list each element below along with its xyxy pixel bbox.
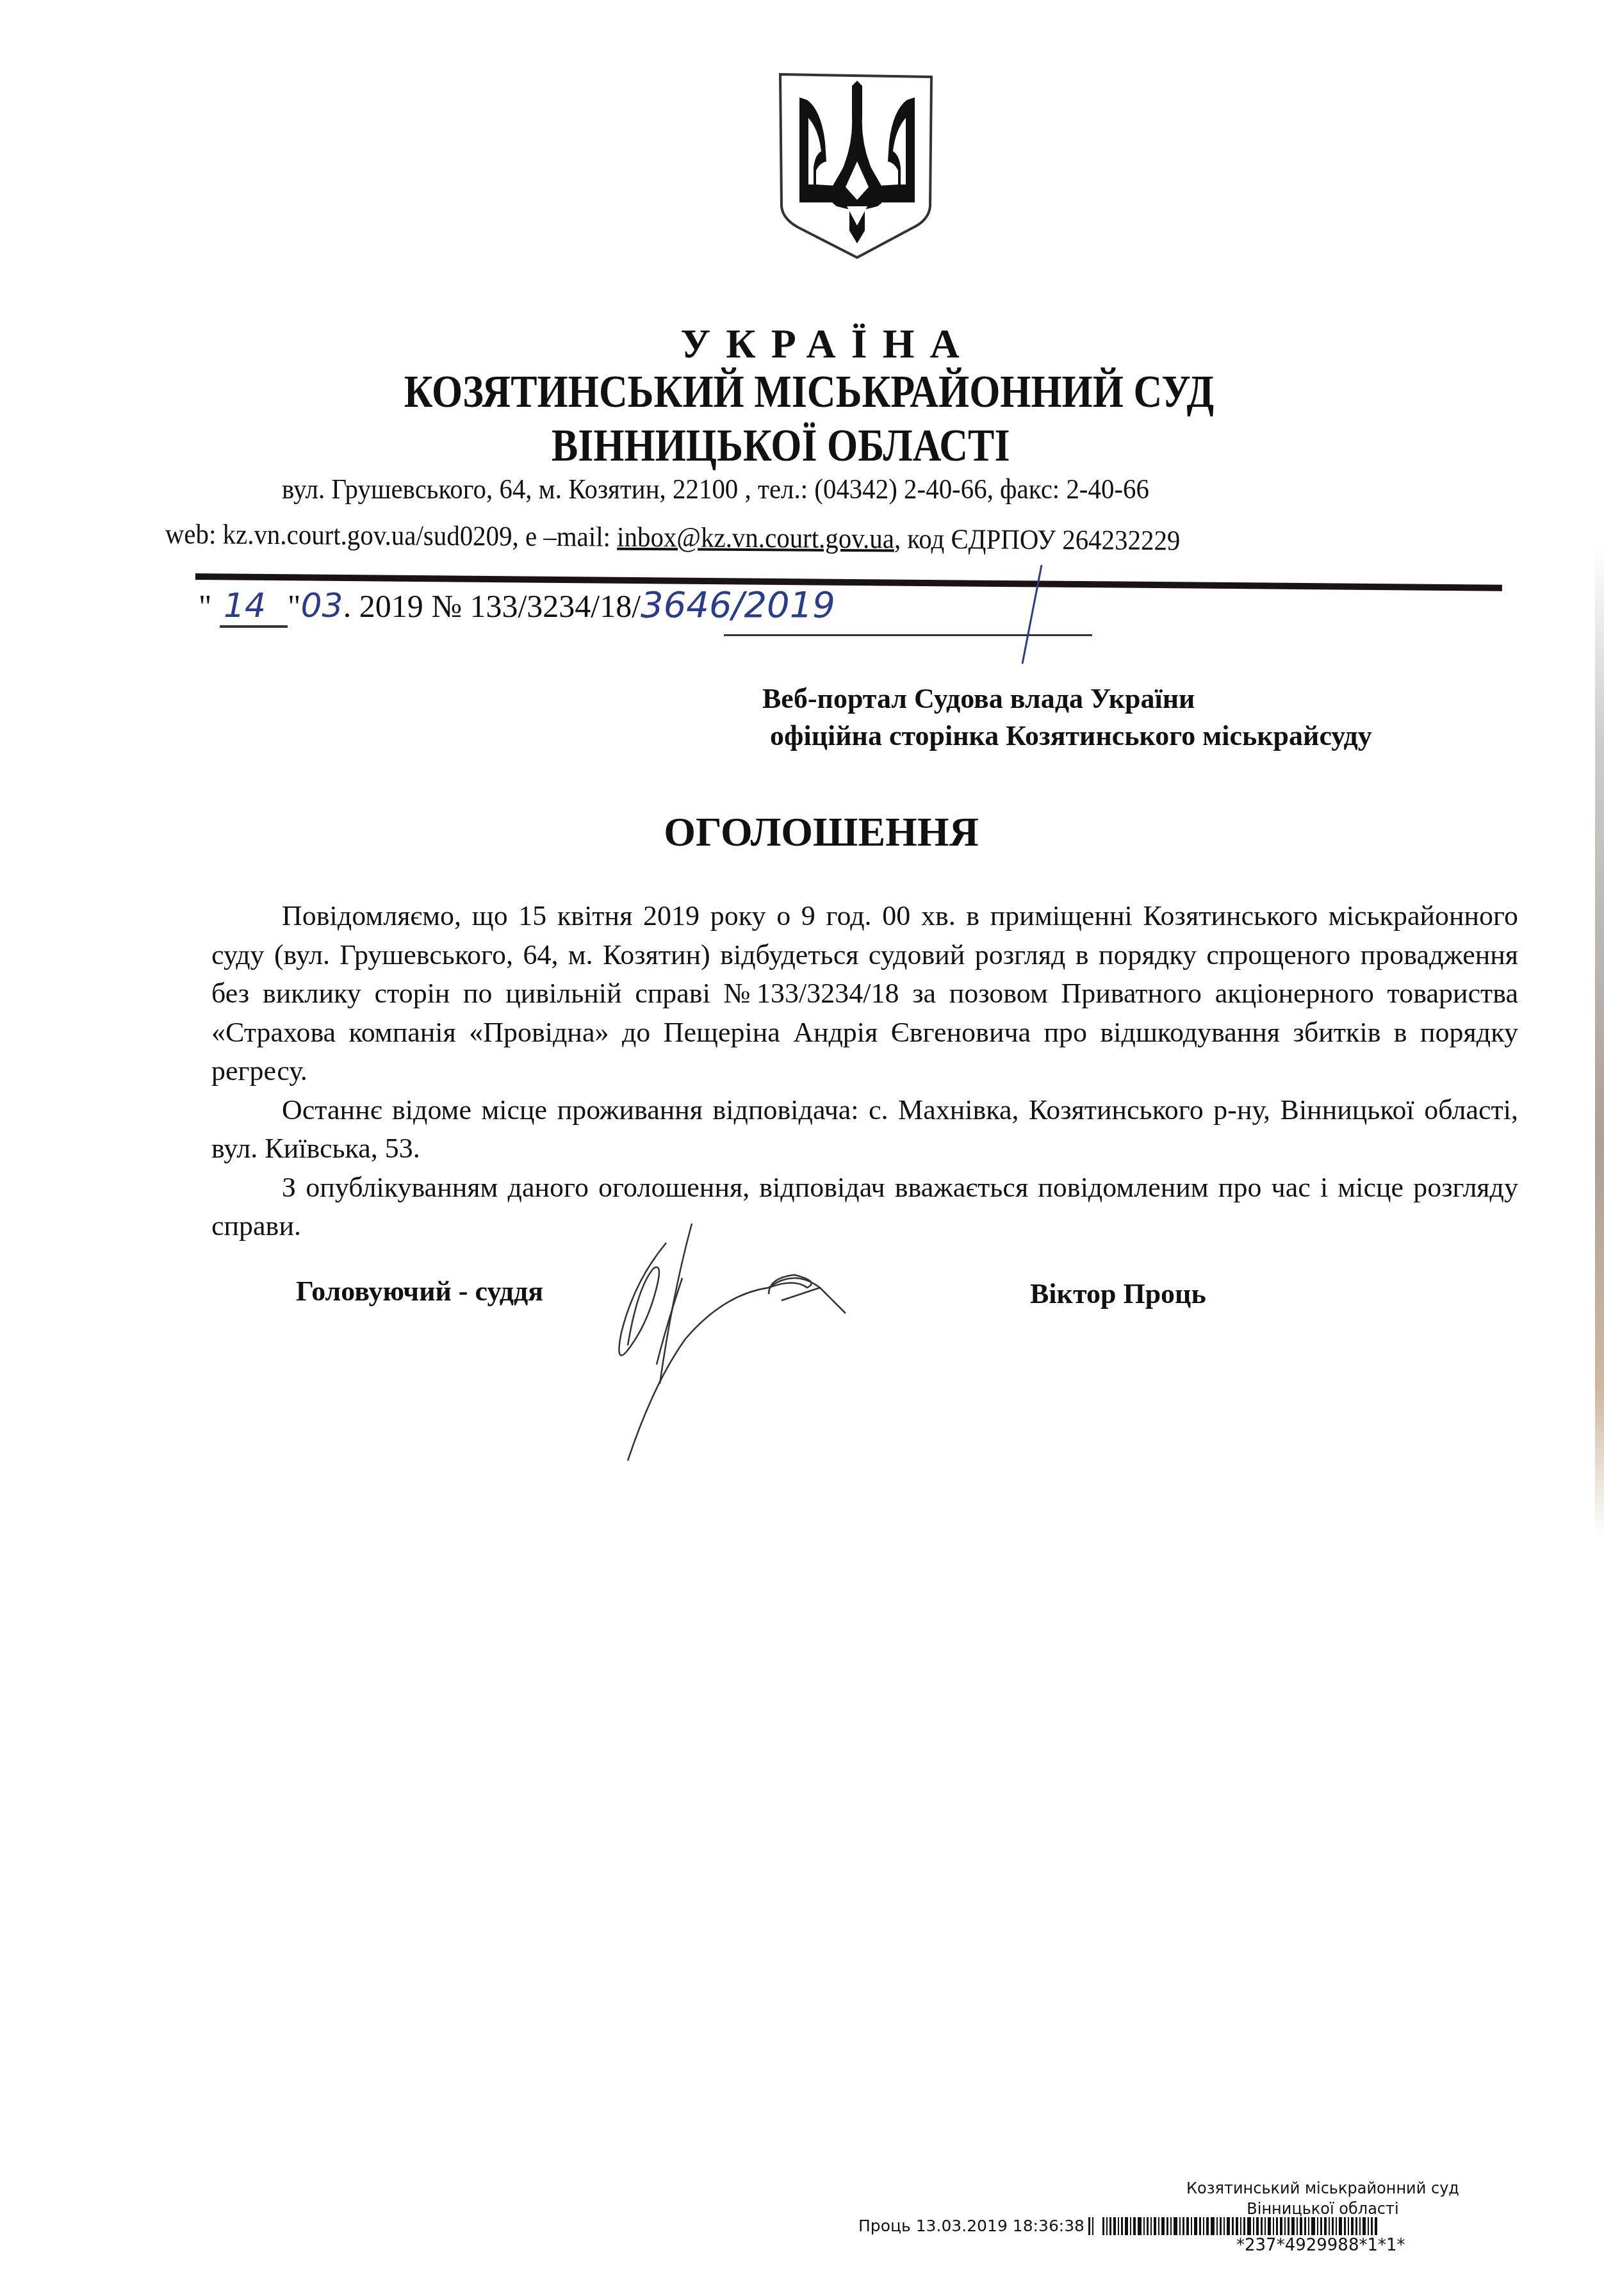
handwritten-day: 14 xyxy=(220,587,288,628)
handwritten-slash-mark xyxy=(1019,564,1044,666)
barcode-icon xyxy=(1088,2217,1377,2235)
paragraph-hearing: Повідомляємо, що 15 квітня 2019 року о 9… xyxy=(211,897,1518,1091)
quote-close: " xyxy=(288,588,300,624)
recipient-line-1: Веб-портал Судова влада України xyxy=(762,680,1372,717)
web-address: web: kz.vn.court.gov.ua/sud0209, е –mail… xyxy=(165,518,618,553)
email-link[interactable]: inbox@kz.vn.court.gov.ua xyxy=(617,521,894,555)
scan-edge-shadow xyxy=(1595,545,1604,1537)
court-contacts: web: kz.vn.court.gov.ua/sud0209, е –mail… xyxy=(165,518,1181,557)
reference-line: " 14"03. 2019 № 133/3234/18/3646/2019 xyxy=(199,584,835,628)
handwritten-month: 03 xyxy=(301,587,343,625)
barcode-text: *237*4929988*1*1* xyxy=(1236,2236,1405,2255)
e-signature-stamp: Проць 13.03.2019 18:36:38 xyxy=(858,2217,1377,2235)
signatory-role: Головуючий - суддя xyxy=(296,1275,543,1308)
region-heading: ВІННИЦЬКОЇ ОБЛАСТІ xyxy=(91,419,1470,472)
recipient-block: Веб-портал Судова влада України офіційна… xyxy=(762,680,1372,755)
court-name-heading: КОЗЯТИНСЬКИЙ МІСЬКРАЙОННИЙ СУД xyxy=(119,365,1498,418)
year-and-case-number: . 2019 № 133/3234/18/ xyxy=(343,588,641,624)
document-title: ОГОЛОШЕННЯ xyxy=(19,808,1604,856)
signer-timestamp: Проць 13.03.2019 18:36:38 xyxy=(858,2217,1084,2235)
edrpou-code: , код ЄДРПОУ 264232229 xyxy=(894,523,1181,556)
announcement-body: Повідомляємо, що 15 квітня 2019 року о 9… xyxy=(211,897,1518,1246)
court-address: вул. Грушевського, 64, м. Козятин, 22100… xyxy=(282,473,1149,505)
quote-open: " xyxy=(199,588,211,624)
e-signature-stamp-org: Козятинський міськрайонний суд Вінницько… xyxy=(1179,2178,1467,2219)
paragraph-defendant-address: Останнє відоме місце проживання відповід… xyxy=(211,1091,1518,1168)
handwritten-signature-icon xyxy=(577,1217,1089,1486)
country-heading: УКРАЇНА xyxy=(26,320,1604,368)
signatory-name: Віктор Проць xyxy=(1030,1277,1206,1310)
stamp-org-line-1: Козятинський міськрайонний суд xyxy=(1179,2178,1467,2199)
recipient-line-2: офіційна сторінка Козятинського міськрай… xyxy=(762,717,1372,755)
coat-of-arms-icon xyxy=(775,72,939,261)
handwritten-registration-number: 3646/2019 xyxy=(641,584,835,626)
